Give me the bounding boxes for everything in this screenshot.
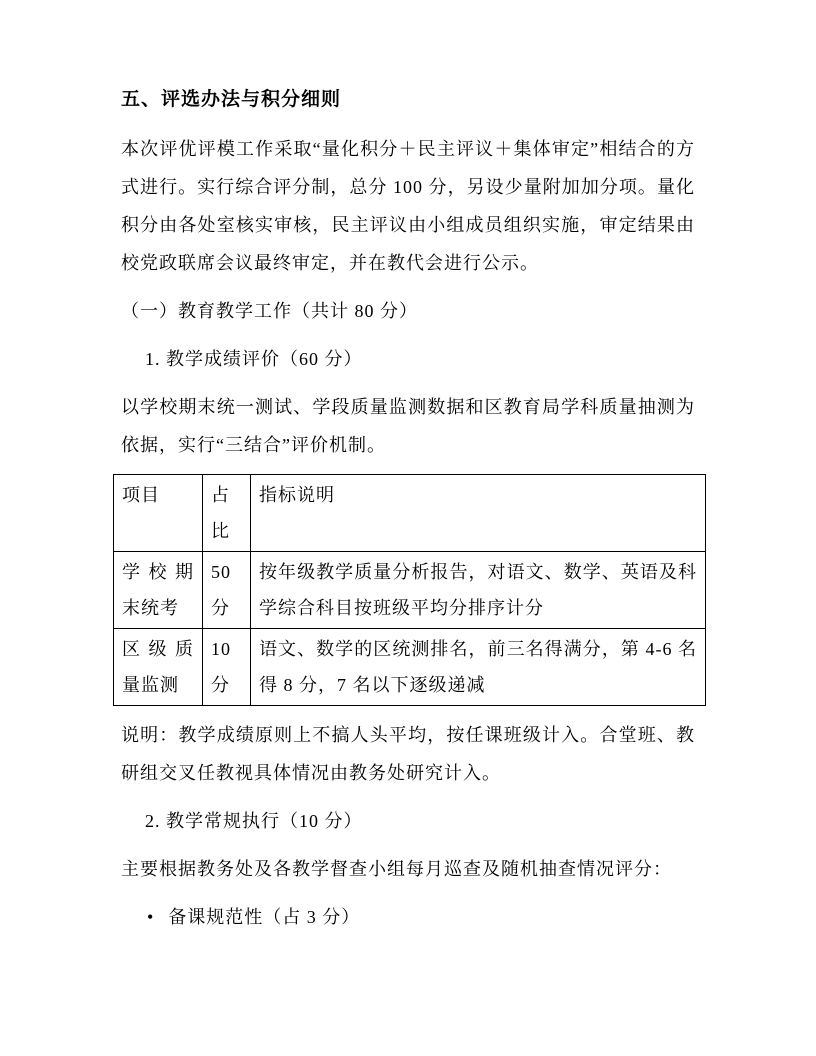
item-2-intro: 主要根据教务处及各教学督查小组每月巡查及随机抽查情况评分： — [121, 850, 695, 888]
header-cell-description: 指标说明 — [251, 475, 706, 552]
score-table-header-row: 项目 占比 指标说明 — [114, 475, 706, 552]
item-1-intro: 以学校期末统一测试、学段质量监测数据和区教育局学科质量抽测为依据，实行“三结合”… — [121, 388, 695, 464]
section-heading: 五、评选办法与积分细则 — [121, 80, 695, 118]
cell-project: 学校期末统考 — [114, 552, 203, 629]
table-row: 学校期末统考 50 分 按年级教学质量分析报告，对语文、数学、英语及科学综合科目… — [114, 552, 706, 629]
cell-description: 语文、数学的区统测排名，前三名得满分，第 4-6 名得 8 分，7 名以下逐级递… — [251, 629, 706, 706]
bullet-icon: • — [147, 898, 154, 936]
score-table: 项目 占比 指标说明 学校期末统考 50 分 按年级教学质量分析报告，对语文、数… — [113, 474, 706, 706]
intro-paragraph: 本次评优评模工作采取“量化积分＋民主评议＋集体审定”相结合的方式进行。实行综合评… — [121, 130, 695, 282]
table-row: 区级质量监测 10 分 语文、数学的区统测排名，前三名得满分，第 4-6 名得 … — [114, 629, 706, 706]
subsection-1-title: （一）教育教学工作（共计 80 分） — [121, 292, 695, 330]
item-2-title: 2. 教学常规执行（10 分） — [121, 802, 695, 840]
cell-weight: 10 分 — [203, 629, 251, 706]
document-content: 五、评选办法与积分细则 本次评优评模工作采取“量化积分＋民主评议＋集体审定”相结… — [121, 80, 695, 946]
item-1-title: 1. 教学成绩评价（60 分） — [121, 340, 695, 378]
document-page: 五、评选办法与积分细则 本次评优评模工作采取“量化积分＋民主评议＋集体审定”相结… — [0, 0, 816, 1056]
cell-project: 区级质量监测 — [114, 629, 203, 706]
list-item-label: 备课规范性（占 3 分） — [168, 898, 360, 936]
table-note-paragraph: 说明：教学成绩原则上不搞人头平均，按任课班级计入。合堂班、教研组交叉任教视具体情… — [121, 716, 695, 792]
cell-description: 按年级教学质量分析报告，对语文、数学、英语及科学综合科目按班级平均分排序计分 — [251, 552, 706, 629]
list-item: • 备课规范性（占 3 分） — [121, 898, 695, 936]
header-cell-weight: 占比 — [203, 475, 251, 552]
header-cell-project: 项目 — [114, 475, 203, 552]
cell-weight: 50 分 — [203, 552, 251, 629]
